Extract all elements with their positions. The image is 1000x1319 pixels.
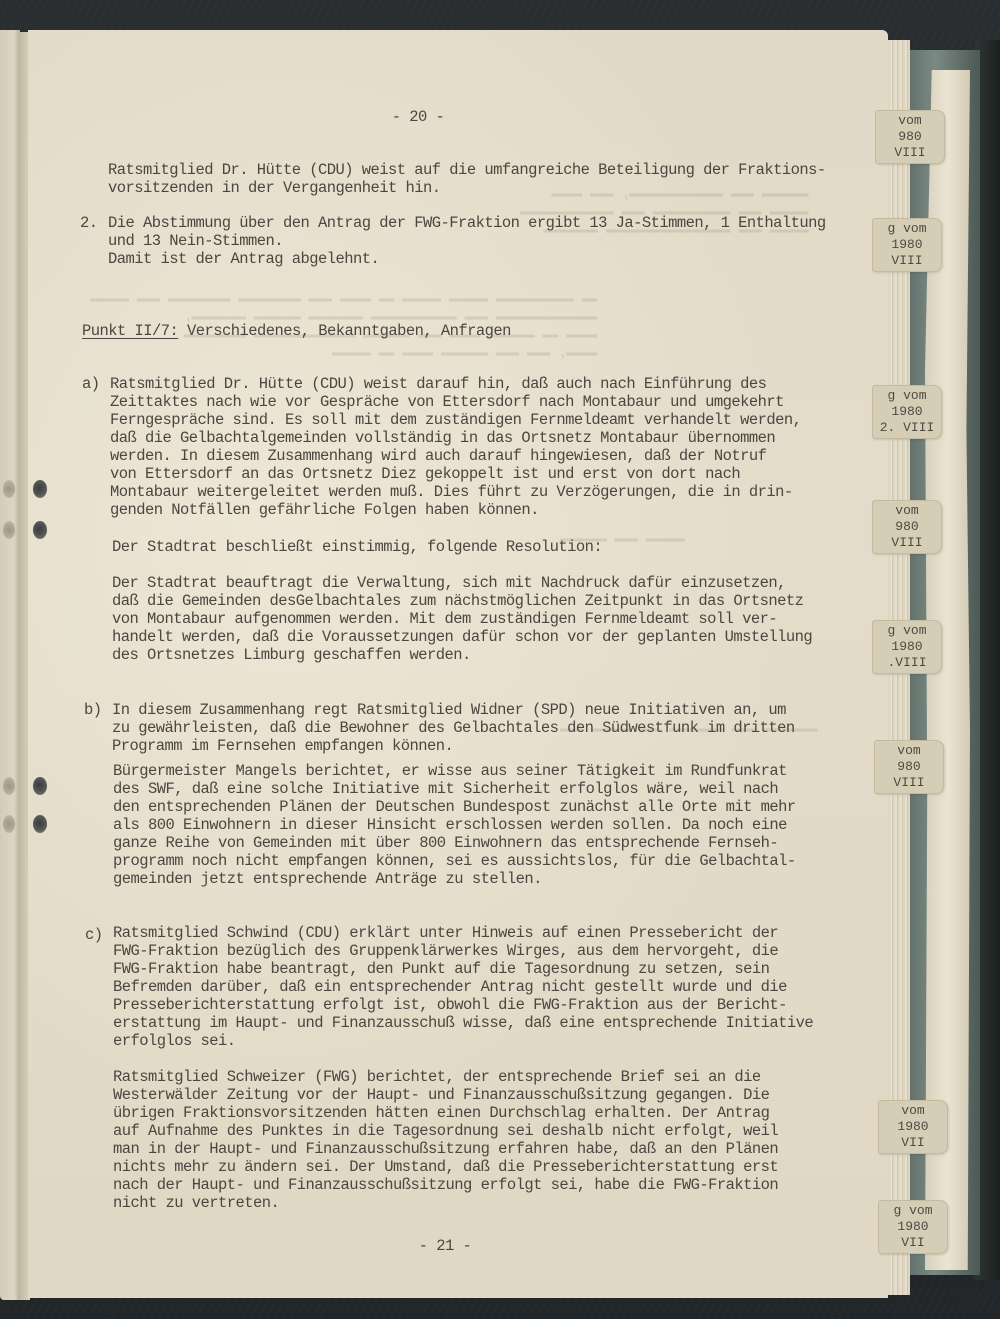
document-content: - 20 - Ratsmitglied Dr. Hütte (CDU) weis…: [0, 0, 1000, 1319]
text-line: erstattung im Haupt- und Finanzausschuß …: [113, 1014, 813, 1032]
page-number-bottom: - 21 -: [385, 1237, 505, 1255]
text-line: man in der Haupt- und Finanzausschußsitz…: [113, 1140, 778, 1158]
section-b-paragraph-1: In diesem Zusammenhang regt Ratsmitglied…: [112, 701, 795, 755]
text-line: Westerwälder Zeitung vor der Haupt- und …: [113, 1086, 778, 1104]
text-line: Ratsmitglied Dr. Hütte (CDU) weist darau…: [110, 375, 801, 393]
text-line: Der Stadtrat beauftragt die Verwaltung, …: [112, 574, 812, 592]
section-c-paragraph-2: Ratsmitglied Schweizer (FWG) berichtet, …: [113, 1068, 778, 1212]
text-line: übrigen Fraktionsvorsitzenden hätten ein…: [113, 1104, 778, 1122]
section-marker-c: c): [85, 926, 103, 944]
text-line: vorsitzenden in der Vergangenheit hin.: [108, 179, 826, 197]
text-line: auf Aufnahme des Punktes in die Tagesord…: [113, 1122, 778, 1140]
section-c-paragraph-1: Ratsmitglied Schwind (CDU) erklärt unter…: [113, 924, 813, 1050]
text-line: Ratsmitglied Dr. Hütte (CDU) weist auf d…: [108, 161, 826, 179]
text-line: Montabaur weitergeleitet werden muß. Die…: [110, 483, 801, 501]
text-line: FWG-Fraktion habe beantragt, den Punkt a…: [113, 960, 813, 978]
text-line: als 800 Einwohnern in dieser Hinsicht er…: [113, 816, 796, 834]
text-line: nicht zu vertreten.: [113, 1194, 778, 1212]
text-line: genden Notfällen gefährliche Folgen habe…: [110, 501, 801, 519]
text-line: werden. In diesem Zusammenhang wird auch…: [110, 447, 801, 465]
text-line: Die Abstimmung über den Antrag der FWG-F…: [108, 214, 826, 232]
text-line: Ratsmitglied Schweizer (FWG) berichtet, …: [113, 1068, 778, 1086]
text-line: von Montabaur aufgenommen werden. Mit de…: [112, 610, 812, 628]
section-marker-a: a): [82, 375, 100, 393]
text-line: erfolglos sei.: [113, 1032, 813, 1050]
text-line: Zeittaktes nach wie vor Gespräche von Et…: [110, 393, 801, 411]
agenda-item-label: Punkt II/7:: [82, 322, 178, 340]
item-marker: 2.: [80, 214, 98, 232]
section-a-paragraph-2: Der Stadtrat beschließt einstimmig, folg…: [112, 538, 602, 556]
text-line: Ratsmitglied Schwind (CDU) erklärt unter…: [113, 924, 813, 942]
text-line: Bürgermeister Mangels berichtet, er wiss…: [113, 762, 796, 780]
text-line: des SWF, daß eine solche Initiative mit …: [113, 780, 796, 798]
text-line: von Ettersdorf an das Ortsnetz Diez geko…: [110, 465, 801, 483]
section-a-paragraph-1: Ratsmitglied Dr. Hütte (CDU) weist darau…: [110, 375, 801, 519]
page-number-top: - 20 -: [358, 108, 478, 126]
section-marker-b: b): [84, 701, 102, 719]
text-line: Der Stadtrat beschließt einstimmig, folg…: [112, 538, 602, 556]
text-line: nach der Haupt- und Finanzausschußsitzun…: [113, 1176, 778, 1194]
section-b-paragraph-2: Bürgermeister Mangels berichtet, er wiss…: [113, 762, 796, 888]
text-line: FWG-Fraktion bezüglich des Gruppenklärwe…: [113, 942, 813, 960]
text-line: daß die Gemeinden desGelbachtales zum nä…: [112, 592, 812, 610]
text-line: programm noch nicht empfangen können, se…: [113, 852, 796, 870]
text-line: den entsprechenden Plänen der Deutschen …: [113, 798, 796, 816]
text-line: In diesem Zusammenhang regt Ratsmitglied…: [112, 701, 795, 719]
text-line: daß die Gelbachtalgemeinden vollständig …: [110, 429, 801, 447]
text-line: handelt werden, daß die Voraussetzungen …: [112, 628, 812, 646]
text-line: gemeinden jetzt entsprechende Anträge zu…: [113, 870, 796, 888]
text-line: Presseberichterstattung erfolgt ist, obw…: [113, 996, 813, 1014]
section-a-resolution: Der Stadtrat beauftragt die Verwaltung, …: [112, 574, 812, 664]
text-line: ganze Reihe von Gemeinden mit über 800 E…: [113, 834, 796, 852]
text-line: nichts mehr zu ändern sei. Der Umstand, …: [113, 1158, 778, 1176]
text-line: Ferngespräche sind. Es soll mit dem zust…: [110, 411, 801, 429]
agenda-item-title: Verschiedenes, Bekanntgaben, Anfragen: [178, 322, 511, 340]
text-line: Damit ist der Antrag abgelehnt.: [108, 250, 826, 268]
text-line: des Ortsnetzes Limburg geschaffen werden…: [112, 646, 812, 664]
agenda-heading: Punkt II/7: Verschiedenes, Bekanntgaben,…: [82, 322, 511, 340]
text-line: und 13 Nein-Stimmen.: [108, 232, 826, 250]
intro-paragraph: Ratsmitglied Dr. Hütte (CDU) weist auf d…: [108, 161, 826, 197]
text-line: zu gewährleisten, daß die Bewohner des G…: [112, 719, 795, 737]
text-line: Befremden darüber, daß ein entsprechende…: [113, 978, 813, 996]
text-line: Programm im Fernsehen empfangen können.: [112, 737, 795, 755]
vote-result-paragraph: Die Abstimmung über den Antrag der FWG-F…: [108, 214, 826, 268]
